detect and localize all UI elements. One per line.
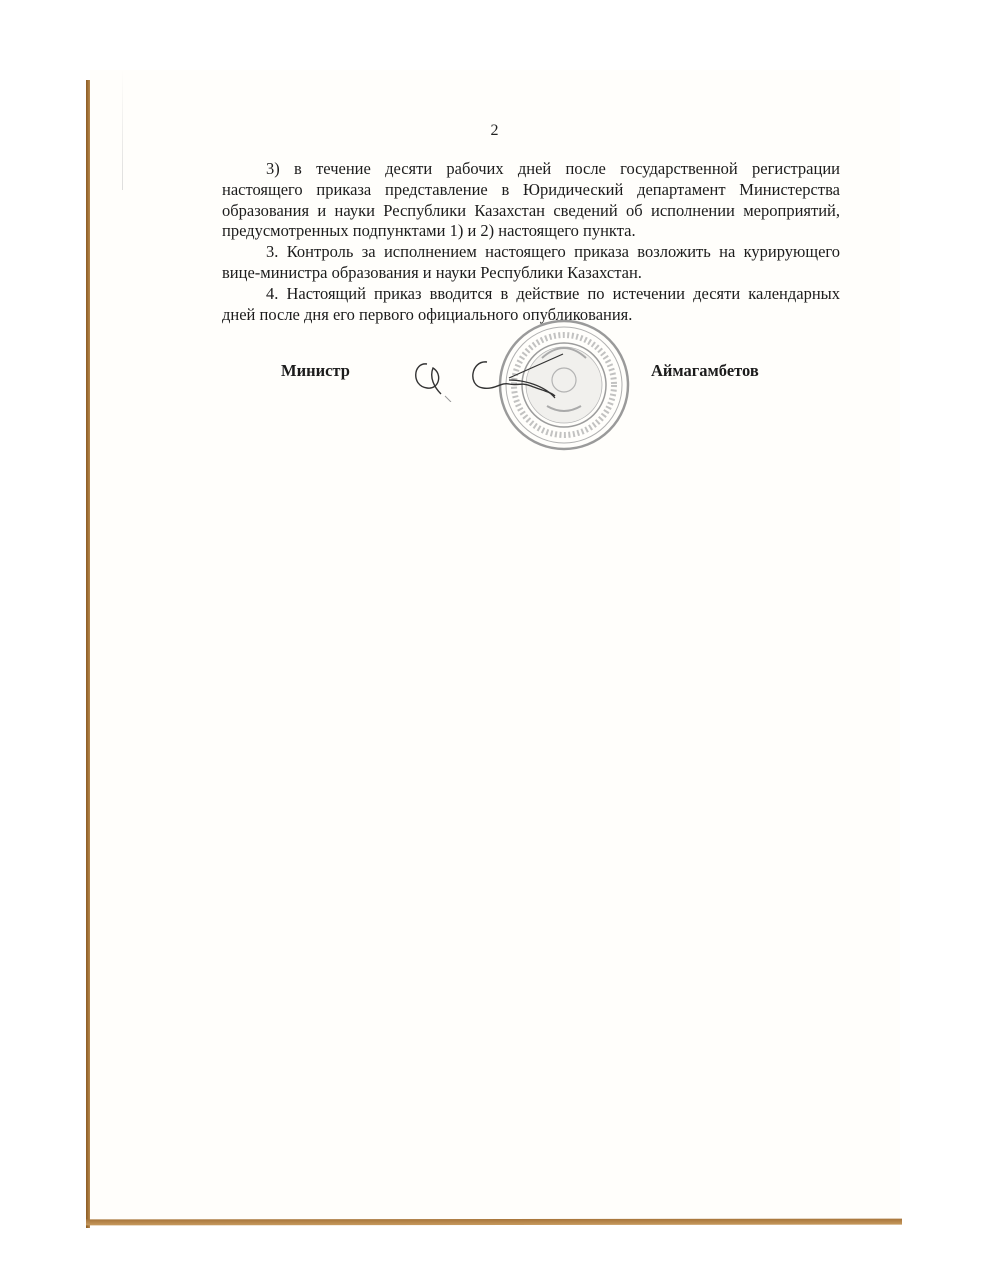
document-body: 3) в течение десяти рабочих дней после г…: [222, 159, 840, 325]
signatory-name: Аймагамбетов: [651, 361, 759, 381]
paragraph-subitem-3: 3) в течение десяти рабочих дней после г…: [222, 159, 840, 242]
signature-icon: [405, 352, 565, 402]
page-number: 2: [0, 122, 989, 140]
page-edge-bottom: [86, 1219, 902, 1226]
signatory-role: Министр: [281, 361, 350, 381]
paragraph-3-control: 3. Контроль за исполнением настоящего пр…: [222, 242, 840, 284]
